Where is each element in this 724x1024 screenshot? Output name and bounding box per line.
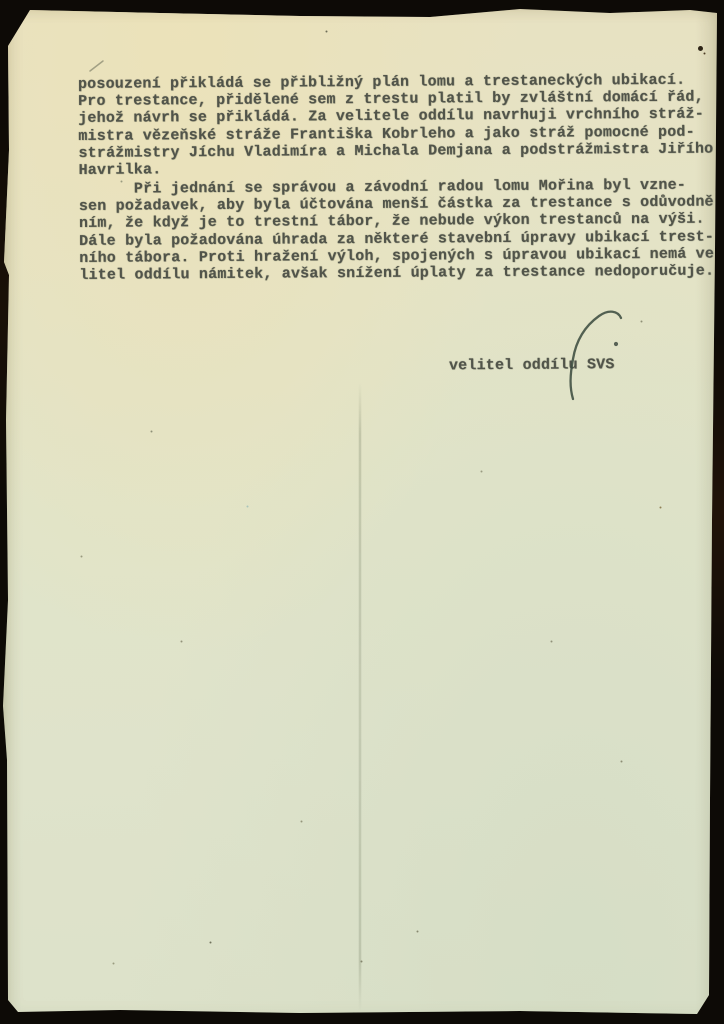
paragraph-1: posouzení přikládá se přibližný plán lom… bbox=[78, 72, 714, 180]
paragraph-2: Při jednání se správou a závodní radou l… bbox=[79, 176, 724, 284]
typewritten-content: posouzení přikládá se přibližný plán lom… bbox=[0, 0, 724, 1024]
paper-specks bbox=[0, 0, 3, 3]
signature-line: velitel oddílu SVS bbox=[449, 356, 615, 374]
scanned-document-screenshot: posouzení přikládá se přibližný plán lom… bbox=[0, 0, 724, 1024]
document-page: posouzení přikládá se přibližný plán lom… bbox=[0, 0, 724, 1024]
